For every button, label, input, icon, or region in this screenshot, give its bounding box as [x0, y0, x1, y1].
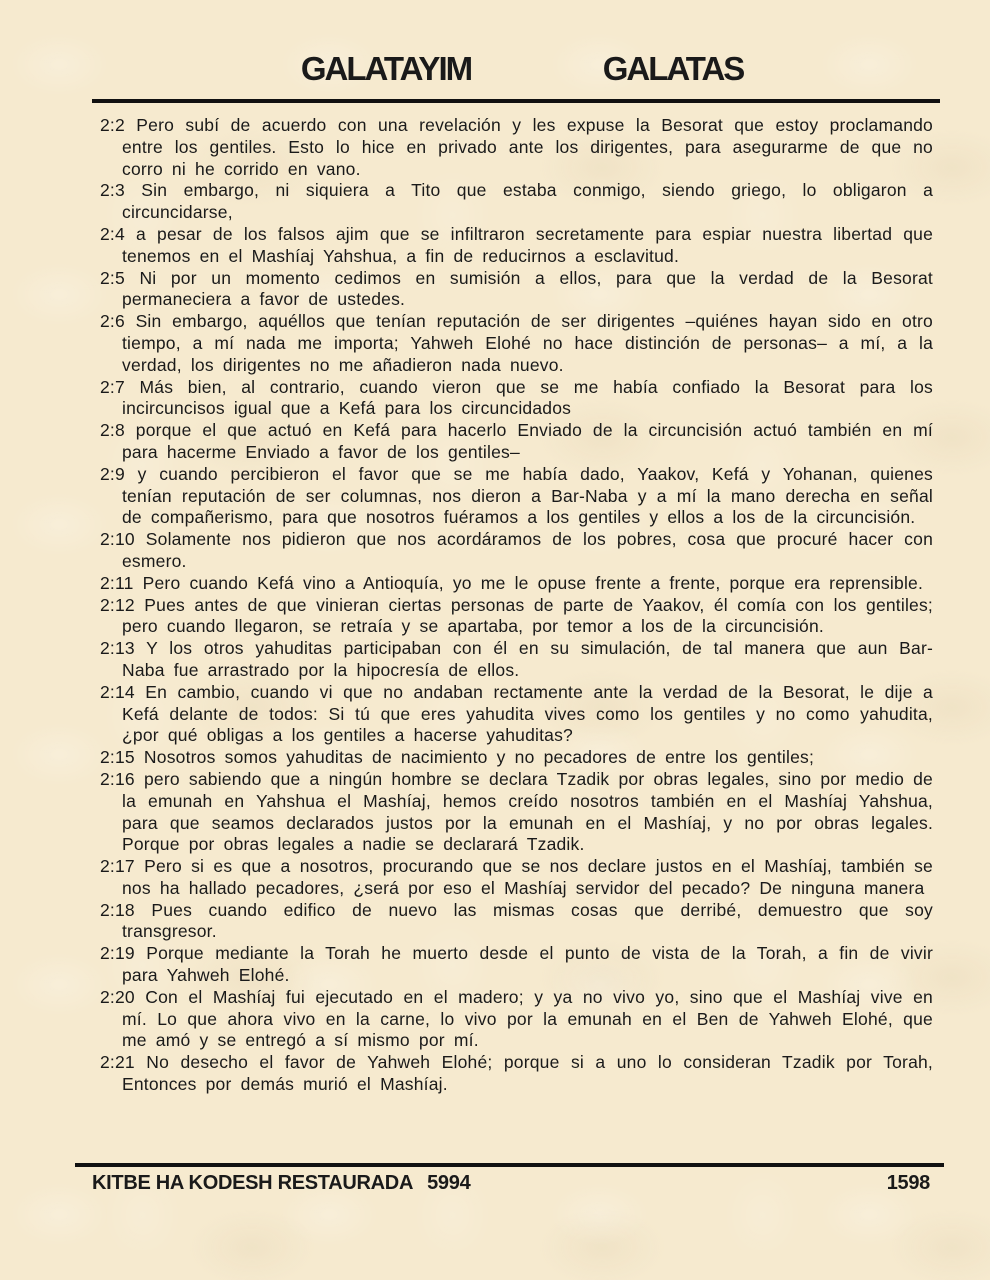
verse-number: 2:7 — [100, 377, 125, 397]
verse: 2:21 No desecho el favor de Yahweh Elohé… — [100, 1052, 933, 1096]
verse-list: 2:2 Pero subí de acuerdo con una revelac… — [100, 115, 933, 1096]
page-title-spanish: GALATAS — [603, 50, 744, 88]
verse: 2:14 En cambio, cuando vi que no andaban… — [100, 682, 933, 747]
verse-number: 2:21 — [100, 1052, 135, 1072]
verse-number: 2:15 — [100, 747, 135, 767]
verse: 2:3 Sin embargo, ni siquiera a Tito que … — [100, 180, 933, 224]
verse-number: 2:9 — [100, 464, 125, 484]
page-title-hebrew: GALATAYIM — [301, 50, 471, 88]
verse-number: 2:19 — [100, 943, 135, 963]
verse-number: 2:17 — [100, 856, 135, 876]
footer-edition-number: 5994 — [427, 1172, 470, 1195]
footer-edition-title: KITBE HA KODESH RESTAURADA — [92, 1172, 413, 1195]
footer-rule — [75, 1163, 944, 1167]
footer-edition: KITBE HA KODESH RESTAURADA 5994 — [92, 1172, 470, 1195]
verse: 2:18 Pues cuando edifico de nuevo las mi… — [100, 900, 933, 944]
verse: 2:15 Nosotros somos yahuditas de nacimie… — [100, 747, 933, 769]
verse-number: 2:20 — [100, 987, 135, 1007]
verse-number: 2:5 — [100, 268, 125, 288]
verse-number: 2:14 — [100, 682, 135, 702]
verse: 2:4 a pesar de los falsos ajim que se in… — [100, 224, 933, 268]
verse: 2:6 Sin embargo, aquéllos que tenían rep… — [100, 311, 933, 376]
verse-number: 2:4 — [100, 224, 125, 244]
verse: 2:12 Pues antes de que vinieran ciertas … — [100, 595, 933, 639]
verse: 2:19 Porque mediante la Torah he muerto … — [100, 943, 933, 987]
verse: 2:7 Más bien, al contrario, cuando viero… — [100, 377, 933, 421]
verse-number: 2:11 — [100, 573, 134, 593]
verse: 2:13 Y los otros yahuditas participaban … — [100, 638, 933, 682]
verse: 2:10 Solamente nos pidieron que nos acor… — [100, 529, 933, 573]
verse-number: 2:12 — [100, 595, 135, 615]
verse: 2:11 Pero cuando Kefá vino a Antioquía, … — [100, 573, 933, 595]
verse-number: 2:2 — [100, 115, 125, 135]
page-footer: KITBE HA KODESH RESTAURADA 5994 1598 — [92, 1172, 930, 1195]
verse-number: 2:13 — [100, 638, 135, 658]
verse: 2:16 pero sabiendo que a ningún hombre s… — [100, 769, 933, 856]
verse: 2:9 y cuando percibieron el favor que se… — [100, 464, 933, 529]
page-header: GALATAYIM GALATAS — [92, 50, 940, 92]
verse-number: 2:16 — [100, 769, 135, 789]
verse: 2:5 Ni por un momento cedimos en sumisió… — [100, 268, 933, 312]
verse: 2:20 Con el Mashíaj fui ejecutado en el … — [100, 987, 933, 1052]
scripture-page: GALATAYIM GALATAS 2:2 Pero subí de acuer… — [0, 0, 990, 1280]
verse-number: 2:10 — [100, 529, 135, 549]
verse-number: 2:6 — [100, 311, 125, 331]
verse: 2:17 Pero si es que a nosotros, procuran… — [100, 856, 933, 900]
verse-number: 2:3 — [100, 180, 125, 200]
verse-number: 2:18 — [100, 900, 135, 920]
footer-page-number: 1598 — [887, 1172, 930, 1195]
verse-number: 2:8 — [100, 420, 125, 440]
verse: 2:2 Pero subí de acuerdo con una revelac… — [100, 115, 933, 180]
header-rule — [92, 99, 940, 103]
verse: 2:8 porque el que actuó en Kefá para hac… — [100, 420, 933, 464]
